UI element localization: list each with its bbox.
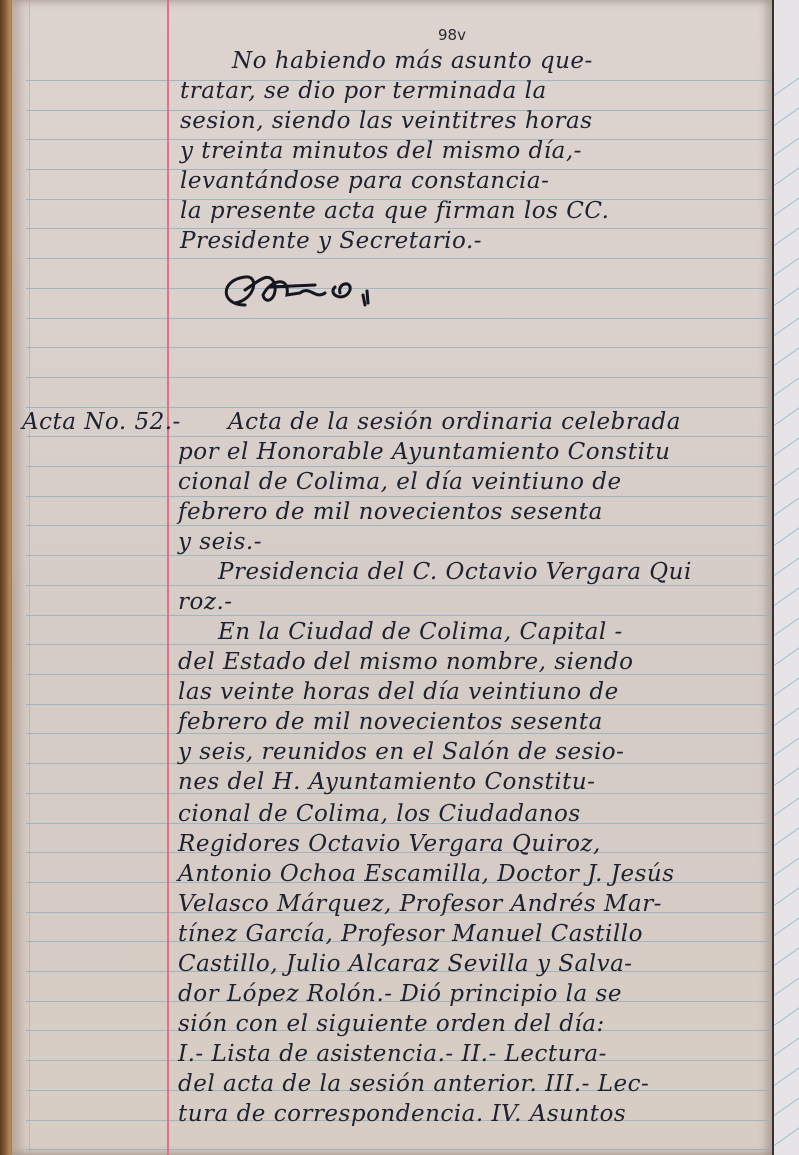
act-number-margin-note: Acta No. 52.- [22, 408, 181, 436]
ruled-line [26, 555, 772, 556]
adjacent-page-ruled-line [774, 1122, 799, 1146]
left-guide-line [29, 0, 30, 1155]
adjacent-page-ruled-line [774, 1002, 799, 1026]
ruled-line [26, 496, 772, 497]
adjacent-page-ruled-line [774, 372, 799, 396]
handwritten-line: del Estado del mismo nombre, siendo [178, 648, 633, 676]
ruled-line [26, 615, 772, 616]
handwritten-line: tratar, se dio por terminada la [180, 77, 547, 105]
adjacent-page-ruled-line [774, 222, 799, 246]
adjacent-page-ruled-line [774, 282, 799, 306]
handwritten-line: febrero de mil novecientos sesenta [178, 498, 603, 526]
adjacent-page-ruled-line [774, 402, 799, 426]
handwritten-line: roz.- [178, 588, 233, 616]
adjacent-page-ruled-line [774, 702, 799, 726]
folio-number: 98v [438, 26, 466, 44]
handwritten-line: sión con el siguiente orden del día: [178, 1010, 605, 1038]
handwritten-line: tura de correspondencia. IV. Asuntos [178, 1100, 626, 1128]
adjacent-page-ruled-line [774, 852, 799, 876]
handwritten-line: Castillo, Julio Alcaraz Sevilla y Salva- [178, 950, 633, 978]
adjacent-page-ruled-line [774, 102, 799, 126]
adjacent-page-ruled-line [774, 762, 799, 786]
handwritten-line: y seis, reunidos en el Salón de sesio- [178, 738, 624, 766]
adjacent-page-ruled-line [774, 552, 799, 576]
adjacent-page-ruled-line [774, 72, 799, 96]
handwritten-line: Velasco Márquez, Profesor Andrés Mar- [178, 890, 662, 918]
adjacent-page-ruled-line [774, 252, 799, 276]
adjacent-page-ruled-line [774, 192, 799, 216]
handwritten-line: febrero de mil novecientos sesenta [178, 708, 603, 736]
ruled-line [26, 436, 772, 437]
handwritten-line: la presente acta que firman los CC. [180, 197, 609, 225]
adjacent-page-ruled-line [774, 132, 799, 156]
adjacent-page-ruled-line [774, 522, 799, 546]
adjacent-page-ruled-line [774, 432, 799, 456]
adjacent-page-ruled-line [774, 732, 799, 756]
adjacent-page-ruled-line [774, 942, 799, 966]
adjacent-page-ruled-line [774, 462, 799, 486]
handwritten-line: tínez García, Profesor Manuel Castillo [178, 920, 643, 948]
handwritten-line: nes del H. Ayuntamiento Constitu- [178, 768, 595, 796]
ruled-line [26, 258, 772, 259]
handwritten-line: del acta de la sesión anterior. III.- Le… [178, 1070, 649, 1098]
adjacent-page-edge [772, 0, 799, 1155]
adjacent-page-ruled-line [774, 492, 799, 516]
adjacent-page-ruled-line [774, 642, 799, 666]
signature-mark [215, 265, 415, 315]
handwritten-line: Presidencia del C. Octavio Vergara Qui [218, 558, 692, 586]
handwritten-line: Acta de la sesión ordinaria celebrada [228, 408, 681, 436]
adjacent-page-ruled-line [774, 1092, 799, 1116]
handwritten-line: sesion, siendo las veintitres horas [180, 107, 593, 135]
handwritten-line: y seis.- [178, 528, 262, 556]
adjacent-page-ruled-line [774, 912, 799, 936]
adjacent-page-ruled-line [774, 162, 799, 186]
handwritten-line: En la Ciudad de Colima, Capital - [218, 618, 623, 646]
adjacent-page-ruled-line [774, 792, 799, 816]
adjacent-page-ruled-line [774, 1032, 799, 1056]
adjacent-page-ruled-line [774, 582, 799, 606]
adjacent-page-ruled-line [774, 312, 799, 336]
red-margin-line [167, 0, 169, 1155]
adjacent-page-ruled-line [774, 1062, 799, 1086]
ruled-line [26, 347, 772, 348]
handwritten-line: I.- Lista de asistencia.- II.- Lectura- [178, 1040, 607, 1068]
handwritten-line: y treinta minutos del mismo día,- [180, 137, 582, 165]
adjacent-page-ruled-line [774, 672, 799, 696]
adjacent-page-ruled-line [774, 342, 799, 366]
handwritten-line: por el Honorable Ayuntamiento Constitu [178, 438, 670, 466]
ruled-line [26, 466, 772, 467]
handwritten-line: No habiendo más asunto que- [232, 47, 593, 75]
handwritten-line: cional de Colima, el día veintiuno de [178, 468, 622, 496]
adjacent-page-ruled-line [774, 822, 799, 846]
ruled-line [26, 377, 772, 378]
adjacent-page-ruled-line [774, 882, 799, 906]
ruled-line [26, 318, 772, 319]
handwritten-line: Presidente y Secretario.- [180, 227, 482, 255]
adjacent-page-ruled-line [774, 612, 799, 636]
adjacent-page-ruled-line [774, 972, 799, 996]
handwritten-line: dor López Rolón.- Dió principio la se [178, 980, 622, 1008]
handwritten-line: levantándose para constancia- [180, 167, 549, 195]
handwritten-line: Regidores Octavio Vergara Quiroz, [178, 830, 601, 858]
ruled-line [26, 1149, 772, 1150]
handwritten-line: cional de Colima, los Ciudadanos [178, 800, 581, 828]
handwritten-line: Antonio Ochoa Escamilla, Doctor J. Jesús [178, 860, 675, 888]
handwritten-line: las veinte horas del día veintiuno de [178, 678, 619, 706]
